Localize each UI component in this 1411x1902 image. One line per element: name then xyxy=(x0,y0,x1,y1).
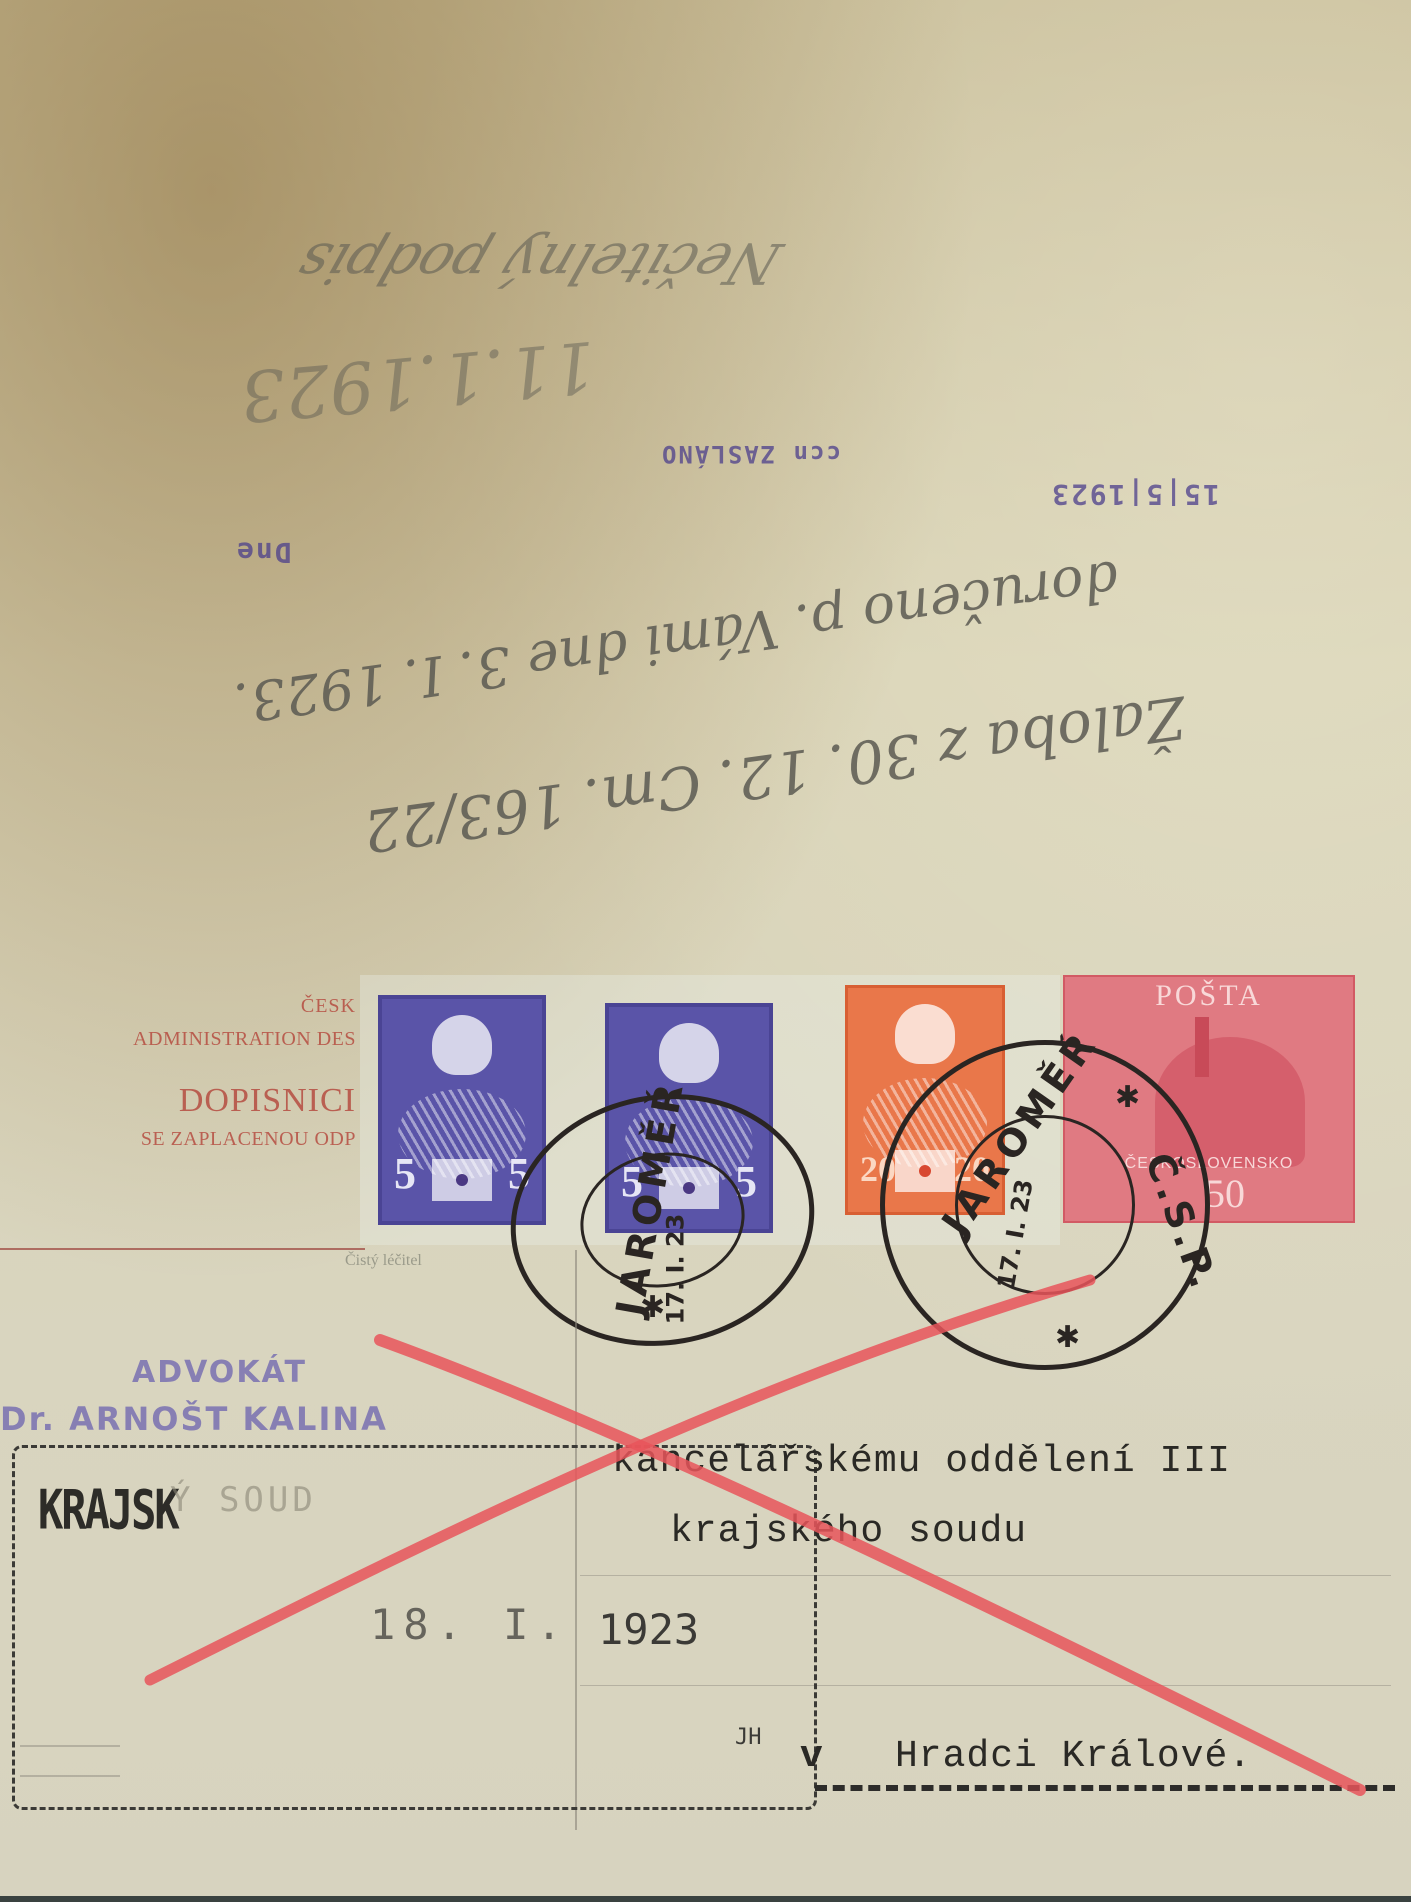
handwritten-delivery-note: doručeno p. Vámi dne 3. I. 1923. xyxy=(230,548,1123,735)
stamp-posta-label: POŠTA xyxy=(1065,979,1353,1013)
stamp-value: 5 xyxy=(394,1148,416,1199)
address-line-2: krajského soudu xyxy=(670,1510,1027,1553)
purple-stamp-fragment: Dne xyxy=(235,536,292,569)
receipt-stamp-year: 1923 xyxy=(598,1605,699,1654)
crown-icon xyxy=(432,1015,492,1075)
printed-card-title: DOPISNICI xyxy=(179,1082,356,1120)
receipt-stamp-date: 18. I. xyxy=(370,1600,570,1649)
purple-stamp-fragment: ccn ZASLÁNO xyxy=(660,440,841,468)
star-icon: ✱ xyxy=(640,1290,665,1325)
postmark-date: 17. I. 23 xyxy=(661,1214,689,1325)
crown-icon xyxy=(659,1023,719,1083)
printed-header-line: ČESK xyxy=(301,995,356,1018)
receipt-rule xyxy=(20,1745,120,1747)
printed-header-line: ADMINISTRATION DES xyxy=(133,1028,356,1051)
receipt-stamp-footer: JH xyxy=(735,1725,762,1750)
handwritten-case-reference: Žaloba z 30. 12. Cm. 163/22 xyxy=(359,683,1190,866)
receipt-rule xyxy=(20,1775,120,1777)
address-prefix: v xyxy=(800,1735,824,1778)
printed-divider xyxy=(0,1248,365,1250)
envelope-icon xyxy=(432,1159,492,1201)
handwritten-signature: Nečitelný podpis xyxy=(288,230,790,295)
postal-card: Nečitelný podpis 11.1.1923 doručeno p. V… xyxy=(0,0,1411,1902)
receipt-stamp-title: KRAJSK xyxy=(38,1478,178,1542)
sender-name: Dr. ARNOŠT KALINA xyxy=(0,1400,388,1438)
receipt-stamp-title-faded: Ý SOUD xyxy=(170,1480,317,1520)
printed-header-line: SE ZAPLACENOU ODP xyxy=(141,1128,356,1151)
address-line-1: kancelářskému oddělení III xyxy=(612,1440,1231,1483)
handwritten-upper-date: 11.1.1923 xyxy=(237,325,599,438)
printed-small-label: Čistý léčitel xyxy=(345,1252,422,1270)
sender-title: ADVOKÁT xyxy=(132,1355,307,1390)
address-underline xyxy=(815,1785,1395,1791)
star-icon: ✱ xyxy=(1055,1320,1080,1355)
purple-stamp-date: 15|5|1923 xyxy=(1050,478,1220,511)
stamp-value: 50 xyxy=(1205,1170,1245,1217)
crown-icon xyxy=(895,1004,955,1064)
address-line-3: Hradci Králové. xyxy=(895,1735,1252,1778)
star-icon: ✱ xyxy=(1115,1080,1140,1115)
card-bottom-edge xyxy=(0,1896,1411,1902)
